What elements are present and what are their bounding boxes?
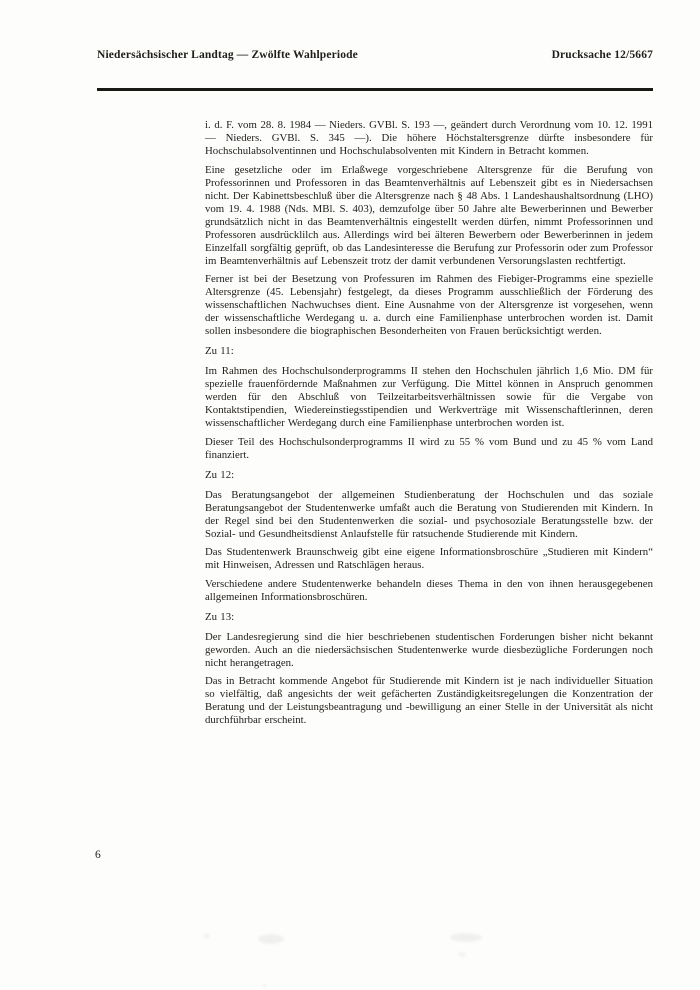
paragraph-finanzierung: Dieser Teil des Hochschulsonderprogramms… xyxy=(205,436,653,462)
scan-artifact xyxy=(258,934,284,944)
scan-artifact xyxy=(450,933,482,942)
paragraph-angebot-studierende: Das in Betracht kommende Angebot für Stu… xyxy=(205,675,653,727)
document-page: Niedersächsischer Landtag — Zwölfte Wahl… xyxy=(0,0,700,990)
scan-artifact xyxy=(458,952,466,957)
page-number: 6 xyxy=(95,849,101,861)
header-rule xyxy=(97,88,653,91)
document-body: i. d. F. vom 28. 8. 1984 — Nieders. GVBl… xyxy=(205,119,653,733)
section-heading-zu-11: Zu 11: xyxy=(205,345,653,358)
paragraph-landesregierung: Der Landesregierung sind die hier beschr… xyxy=(205,631,653,670)
paragraph-idf-1984: i. d. F. vom 28. 8. 1984 — Nieders. GVBl… xyxy=(205,119,653,158)
paragraph-studentenwerk-braunschweig: Das Studentenwerk Braunschweig gibt eine… xyxy=(205,546,653,572)
header-document-number: Drucksache 12/5667 xyxy=(552,49,653,61)
header-title: Niedersächsischer Landtag — Zwölfte Wahl… xyxy=(97,49,358,61)
paragraph-fiebiger-programm: Ferner ist bei der Besetzung von Profess… xyxy=(205,273,653,338)
scan-artifact xyxy=(204,934,209,938)
paragraph-beratungsangebot: Das Beratungsangebot der allgemeinen Stu… xyxy=(205,489,653,541)
scan-artifact xyxy=(263,984,266,987)
section-heading-zu-12: Zu 12: xyxy=(205,469,653,482)
paragraph-altersgrenze: Eine gesetzliche oder im Erlaßwege vorge… xyxy=(205,164,653,268)
document-header: Niedersächsischer Landtag — Zwölfte Wahl… xyxy=(97,49,653,61)
section-heading-zu-13: Zu 13: xyxy=(205,611,653,624)
paragraph-andere-studentenwerke: Verschiedene andere Studentenwerke behan… xyxy=(205,578,653,604)
paragraph-hochschulsonderprogramm: Im Rahmen des Hochschulsonderprogramms I… xyxy=(205,365,653,430)
